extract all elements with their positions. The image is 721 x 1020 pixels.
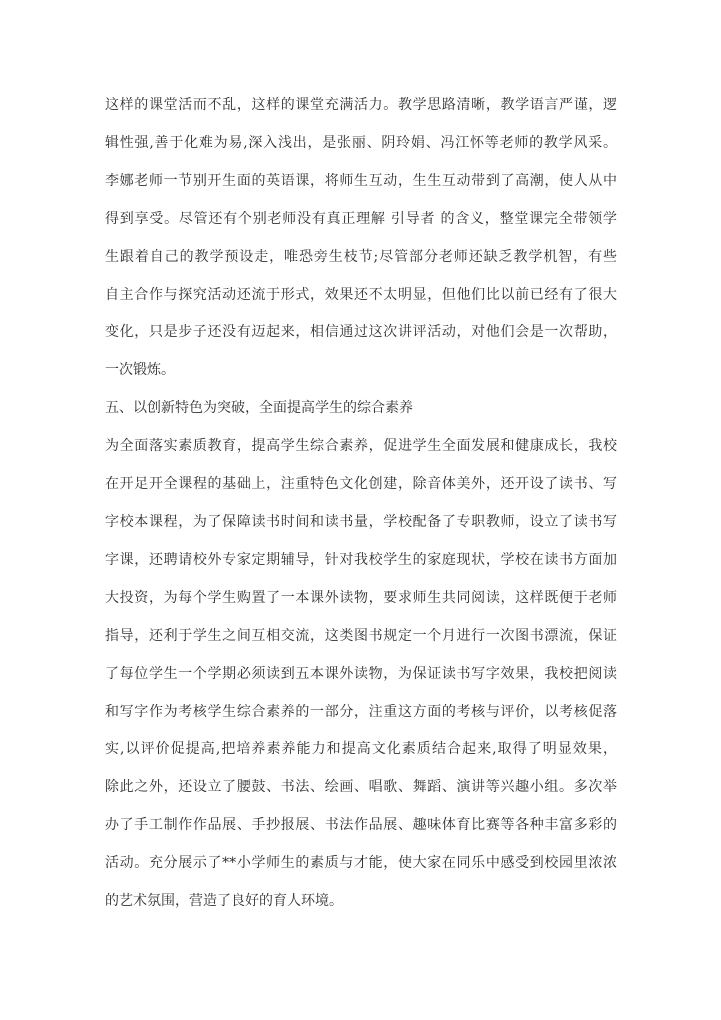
text-line: 大投资，为每个学生购置了一本课外读物，要求师生共同阅读，这样既便于老师 — [105, 580, 617, 618]
paragraph: 为全面落实素质教育，提高学生综合素养，促进学生全面发展和健康成长，我校在开足开全… — [105, 428, 617, 921]
text-line: 办了手工制作作品展、手抄报展、书法作品展、趣味体育比赛等各种丰富多彩的 — [105, 807, 617, 845]
document-body: 这样的课堂活而不乱，这样的课堂充满活力。教学思路清晰，教学语言严谨，逻辑性强,善… — [105, 87, 617, 921]
text-line: 活动。充分展示了**小学师生的素质与才能，使大家在同乐中感受到校园里浓浓 — [105, 845, 617, 883]
text-line: 字课，还聘请校外专家定期辅导，针对我校学生的家庭现状，学校在读书方面加 — [105, 542, 617, 580]
text-line: 字校本课程，为了保障读书时间和读书量，学校配备了专职教师，设立了读书写 — [105, 504, 617, 542]
section-heading: 五、以创新特色为突破，全面提高学生的综合素养 — [105, 390, 617, 428]
text-line: 李娜老师一节别开生面的英语课，将师生互动，生生互动带到了高潮，使人从中 — [105, 163, 617, 201]
text-line: 的艺术氛围，营造了良好的育人环境。 — [105, 883, 617, 921]
text-line: 变化，只是步子还没有迈起来，相信通过这次讲评活动，对他们会是一次帮助， — [105, 314, 617, 352]
text-line: 除此之外，还设立了腰鼓、书法、绘画、唱歌、舞蹈、演讲等兴趣小组。多次举 — [105, 769, 617, 807]
text-line: 辑性强,善于化难为易,深入浅出，是张丽、阴玲娟、冯江怀等老师的教学风采。 — [105, 125, 617, 163]
text-line: 这样的课堂活而不乱，这样的课堂充满活力。教学思路清晰，教学语言严谨，逻 — [105, 87, 617, 125]
paragraph: 这样的课堂活而不乱，这样的课堂充满活力。教学思路清晰，教学语言严谨，逻辑性强,善… — [105, 87, 617, 390]
text-line: 一次锻炼。 — [105, 352, 617, 390]
text-line: 实,以评价促提高,把培养素养能力和提高文化素质结合起来,取得了明显效果， — [105, 731, 617, 769]
text-line: 在开足开全课程的基础上，注重特色文化创建，除音体美外，还开设了读书、写 — [105, 466, 617, 504]
text-line: 和写字作为考核学生综合素养的一部分，注重这方面的考核与评价，以考核促落 — [105, 694, 617, 732]
text-line: 指导，还利于学生之间互相交流，这类图书规定一个月进行一次图书漂流，保证 — [105, 618, 617, 656]
text-line: 生跟着自己的教学预设走，唯恐旁生枝节;尽管部分老师还缺乏教学机智，有些 — [105, 239, 617, 277]
text-line: 为全面落实素质教育，提高学生综合素养，促进学生全面发展和健康成长，我校 — [105, 428, 617, 466]
document-page: 这样的课堂活而不乱，这样的课堂充满活力。教学思路清晰，教学语言严谨，逻辑性强,善… — [0, 0, 721, 1020]
text-line: 自主合作与探究活动还流于形式，效果还不太明显，但他们比以前已经有了很大 — [105, 277, 617, 315]
text-line: 了每位学生一个学期必须读到五本课外读物，为保证读书写字效果，我校把阅读 — [105, 656, 617, 694]
text-line: 得到享受。尽管还有个别老师没有真正理解 引导者 的含义，整堂课完全带领学 — [105, 201, 617, 239]
section-heading-line: 五、以创新特色为突破，全面提高学生的综合素养 — [105, 390, 617, 428]
